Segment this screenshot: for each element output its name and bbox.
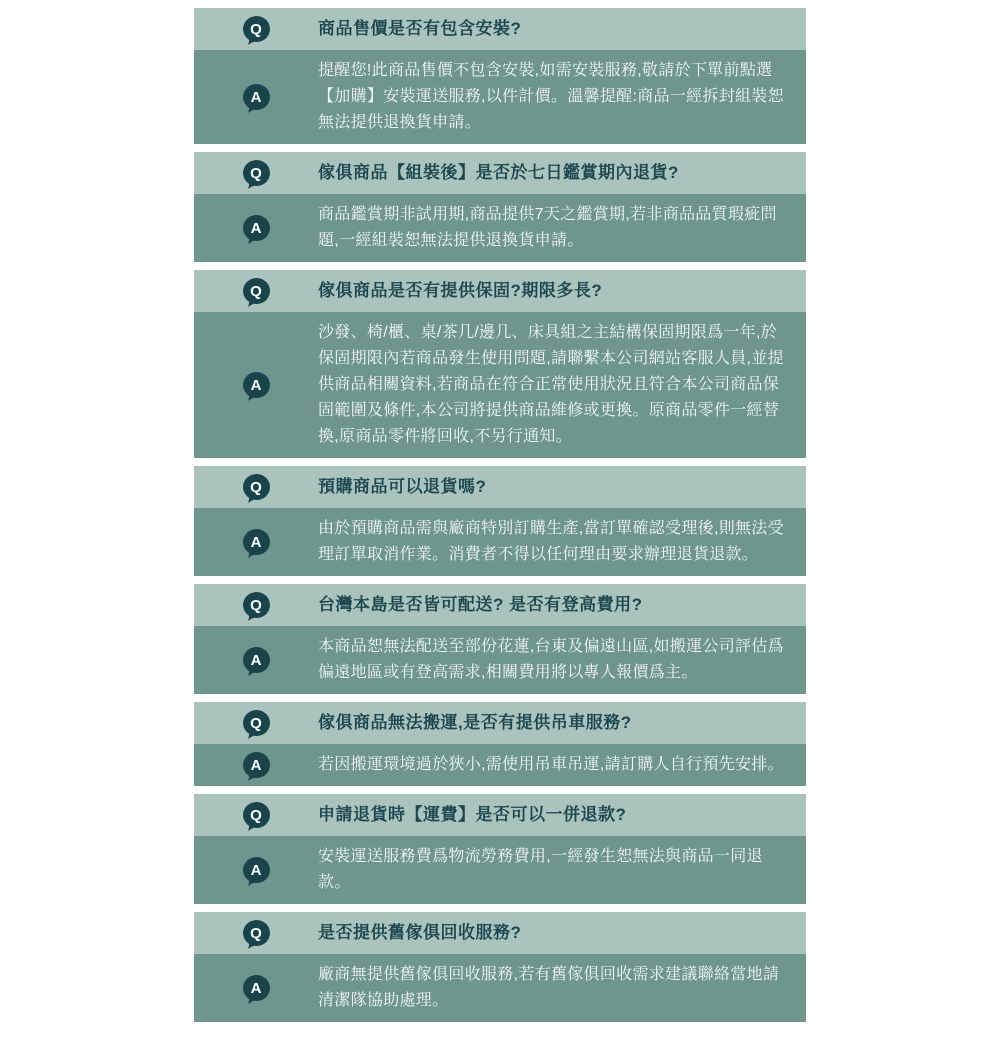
answer-bubble-icon: A (243, 372, 270, 398)
faq-item-3: Q 傢俱商品是否有提供保固?期限多長? A 沙發、椅/櫃、桌/茶几/邊几、床具組… (194, 270, 806, 458)
answer-icon-gutter: A (194, 752, 318, 778)
answer-text: 沙發、椅/櫃、桌/茶几/邊几、床具組之主結構保固期限爲一年,於保固期限內若商品發… (318, 320, 806, 450)
answer-icon-gutter: A (194, 529, 318, 555)
answer-icon-gutter: A (194, 372, 318, 398)
answer-icon-gutter: A (194, 215, 318, 241)
faq-item-1: Q 商品售價是否有包含安裝? A 提醒您!此商品售價不包含安裝,如需安裝服務,敬… (194, 8, 806, 144)
question-row: Q 申請退貨時【運費】是否可以一併退款? (194, 794, 806, 836)
question-text: 預購商品可以退貨嗎? (318, 476, 806, 498)
question-bubble-icon: Q (243, 16, 270, 42)
faq-item-6: Q 傢俱商品無法搬運,是否有提供吊車服務? A 若因搬運環境過於狹小,需使用吊車… (194, 702, 806, 786)
answer-row: A 提醒您!此商品售價不包含安裝,如需安裝服務,敬請於下單前點選【加購】安裝運送… (194, 50, 806, 144)
answer-row: A 若因搬運環境過於狹小,需使用吊車吊運,請訂購人自行預先安排。 (194, 744, 806, 786)
answer-text: 商品鑑賞期非試用期,商品提供7天之鑑賞期,若非商品品質瑕疵問題,一經組裝恕無法提… (318, 202, 806, 254)
question-icon-gutter: Q (194, 802, 318, 828)
answer-bubble-icon: A (243, 529, 270, 555)
answer-row: A 本商品恕無法配送至部份花蓮,台東及偏遠山區,如搬運公司評估爲偏遠地區或有登高… (194, 626, 806, 694)
answer-icon-gutter: A (194, 857, 318, 883)
question-icon-gutter: Q (194, 160, 318, 186)
answer-text: 若因搬運環境過於狹小,需使用吊車吊運,請訂購人自行預先安排。 (318, 752, 806, 778)
question-row: Q 台灣本島是否皆可配送? 是否有登高費用? (194, 584, 806, 626)
question-icon-gutter: Q (194, 592, 318, 618)
faq-list: Q 商品售價是否有包含安裝? A 提醒您!此商品售價不包含安裝,如需安裝服務,敬… (194, 8, 806, 1022)
question-row: Q 預購商品可以退貨嗎? (194, 466, 806, 508)
answer-text: 安裝運送服務費爲物流勞務費用,一經發生恕無法與商品一同退款。 (318, 844, 806, 896)
question-row: Q 商品售價是否有包含安裝? (194, 8, 806, 50)
answer-bubble-icon: A (243, 975, 270, 1001)
question-text: 商品售價是否有包含安裝? (318, 18, 806, 40)
question-text: 是否提供舊傢俱回收服務? (318, 922, 806, 944)
answer-row: A 廠商無提供舊傢俱回收服務,若有舊傢俱回收需求建議聯絡當地請清潔隊協助處理。 (194, 954, 806, 1022)
question-icon-gutter: Q (194, 710, 318, 736)
faq-item-7: Q 申請退貨時【運費】是否可以一併退款? A 安裝運送服務費爲物流勞務費用,一經… (194, 794, 806, 904)
answer-bubble-icon: A (243, 215, 270, 241)
answer-row: A 沙發、椅/櫃、桌/茶几/邊几、床具組之主結構保固期限爲一年,於保固期限內若商… (194, 312, 806, 458)
question-row: Q 傢俱商品【組裝後】是否於七日鑑賞期內退貨? (194, 152, 806, 194)
question-bubble-icon: Q (243, 474, 270, 500)
question-bubble-icon: Q (243, 278, 270, 304)
answer-text: 由於預購商品需與廠商特別訂購生產,當訂單確認受理後,則無法受理訂單取消作業。消費… (318, 516, 806, 568)
question-bubble-icon: Q (243, 802, 270, 828)
answer-bubble-icon: A (243, 752, 270, 778)
question-text: 申請退貨時【運費】是否可以一併退款? (318, 804, 806, 826)
faq-item-2: Q 傢俱商品【組裝後】是否於七日鑑賞期內退貨? A 商品鑑賞期非試用期,商品提供… (194, 152, 806, 262)
faq-item-4: Q 預購商品可以退貨嗎? A 由於預購商品需與廠商特別訂購生產,當訂單確認受理後… (194, 466, 806, 576)
answer-icon-gutter: A (194, 975, 318, 1001)
question-row: Q 是否提供舊傢俱回收服務? (194, 912, 806, 954)
question-bubble-icon: Q (243, 592, 270, 618)
question-text: 傢俱商品無法搬運,是否有提供吊車服務? (318, 712, 806, 734)
answer-bubble-icon: A (243, 857, 270, 883)
answer-bubble-icon: A (243, 84, 270, 110)
question-icon-gutter: Q (194, 16, 318, 42)
answer-bubble-icon: A (243, 647, 270, 673)
answer-text: 本商品恕無法配送至部份花蓮,台東及偏遠山區,如搬運公司評估爲偏遠地區或有登高需求… (318, 634, 806, 686)
faq-item-8: Q 是否提供舊傢俱回收服務? A 廠商無提供舊傢俱回收服務,若有舊傢俱回收需求建… (194, 912, 806, 1022)
question-bubble-icon: Q (243, 160, 270, 186)
answer-text: 廠商無提供舊傢俱回收服務,若有舊傢俱回收需求建議聯絡當地請清潔隊協助處理。 (318, 962, 806, 1014)
answer-row: A 由於預購商品需與廠商特別訂購生產,當訂單確認受理後,則無法受理訂單取消作業。… (194, 508, 806, 576)
question-icon-gutter: Q (194, 920, 318, 946)
question-text: 傢俱商品是否有提供保固?期限多長? (318, 280, 806, 302)
answer-row: A 安裝運送服務費爲物流勞務費用,一經發生恕無法與商品一同退款。 (194, 836, 806, 904)
question-row: Q 傢俱商品無法搬運,是否有提供吊車服務? (194, 702, 806, 744)
question-icon-gutter: Q (194, 278, 318, 304)
answer-icon-gutter: A (194, 647, 318, 673)
question-row: Q 傢俱商品是否有提供保固?期限多長? (194, 270, 806, 312)
faq-item-5: Q 台灣本島是否皆可配送? 是否有登高費用? A 本商品恕無法配送至部份花蓮,台… (194, 584, 806, 694)
question-text: 傢俱商品【組裝後】是否於七日鑑賞期內退貨? (318, 162, 806, 184)
question-icon-gutter: Q (194, 474, 318, 500)
answer-icon-gutter: A (194, 84, 318, 110)
question-bubble-icon: Q (243, 710, 270, 736)
question-text: 台灣本島是否皆可配送? 是否有登高費用? (318, 594, 806, 616)
answer-row: A 商品鑑賞期非試用期,商品提供7天之鑑賞期,若非商品品質瑕疵問題,一經組裝恕無… (194, 194, 806, 262)
answer-text: 提醒您!此商品售價不包含安裝,如需安裝服務,敬請於下單前點選【加購】安裝運送服務… (318, 58, 806, 136)
question-bubble-icon: Q (243, 920, 270, 946)
